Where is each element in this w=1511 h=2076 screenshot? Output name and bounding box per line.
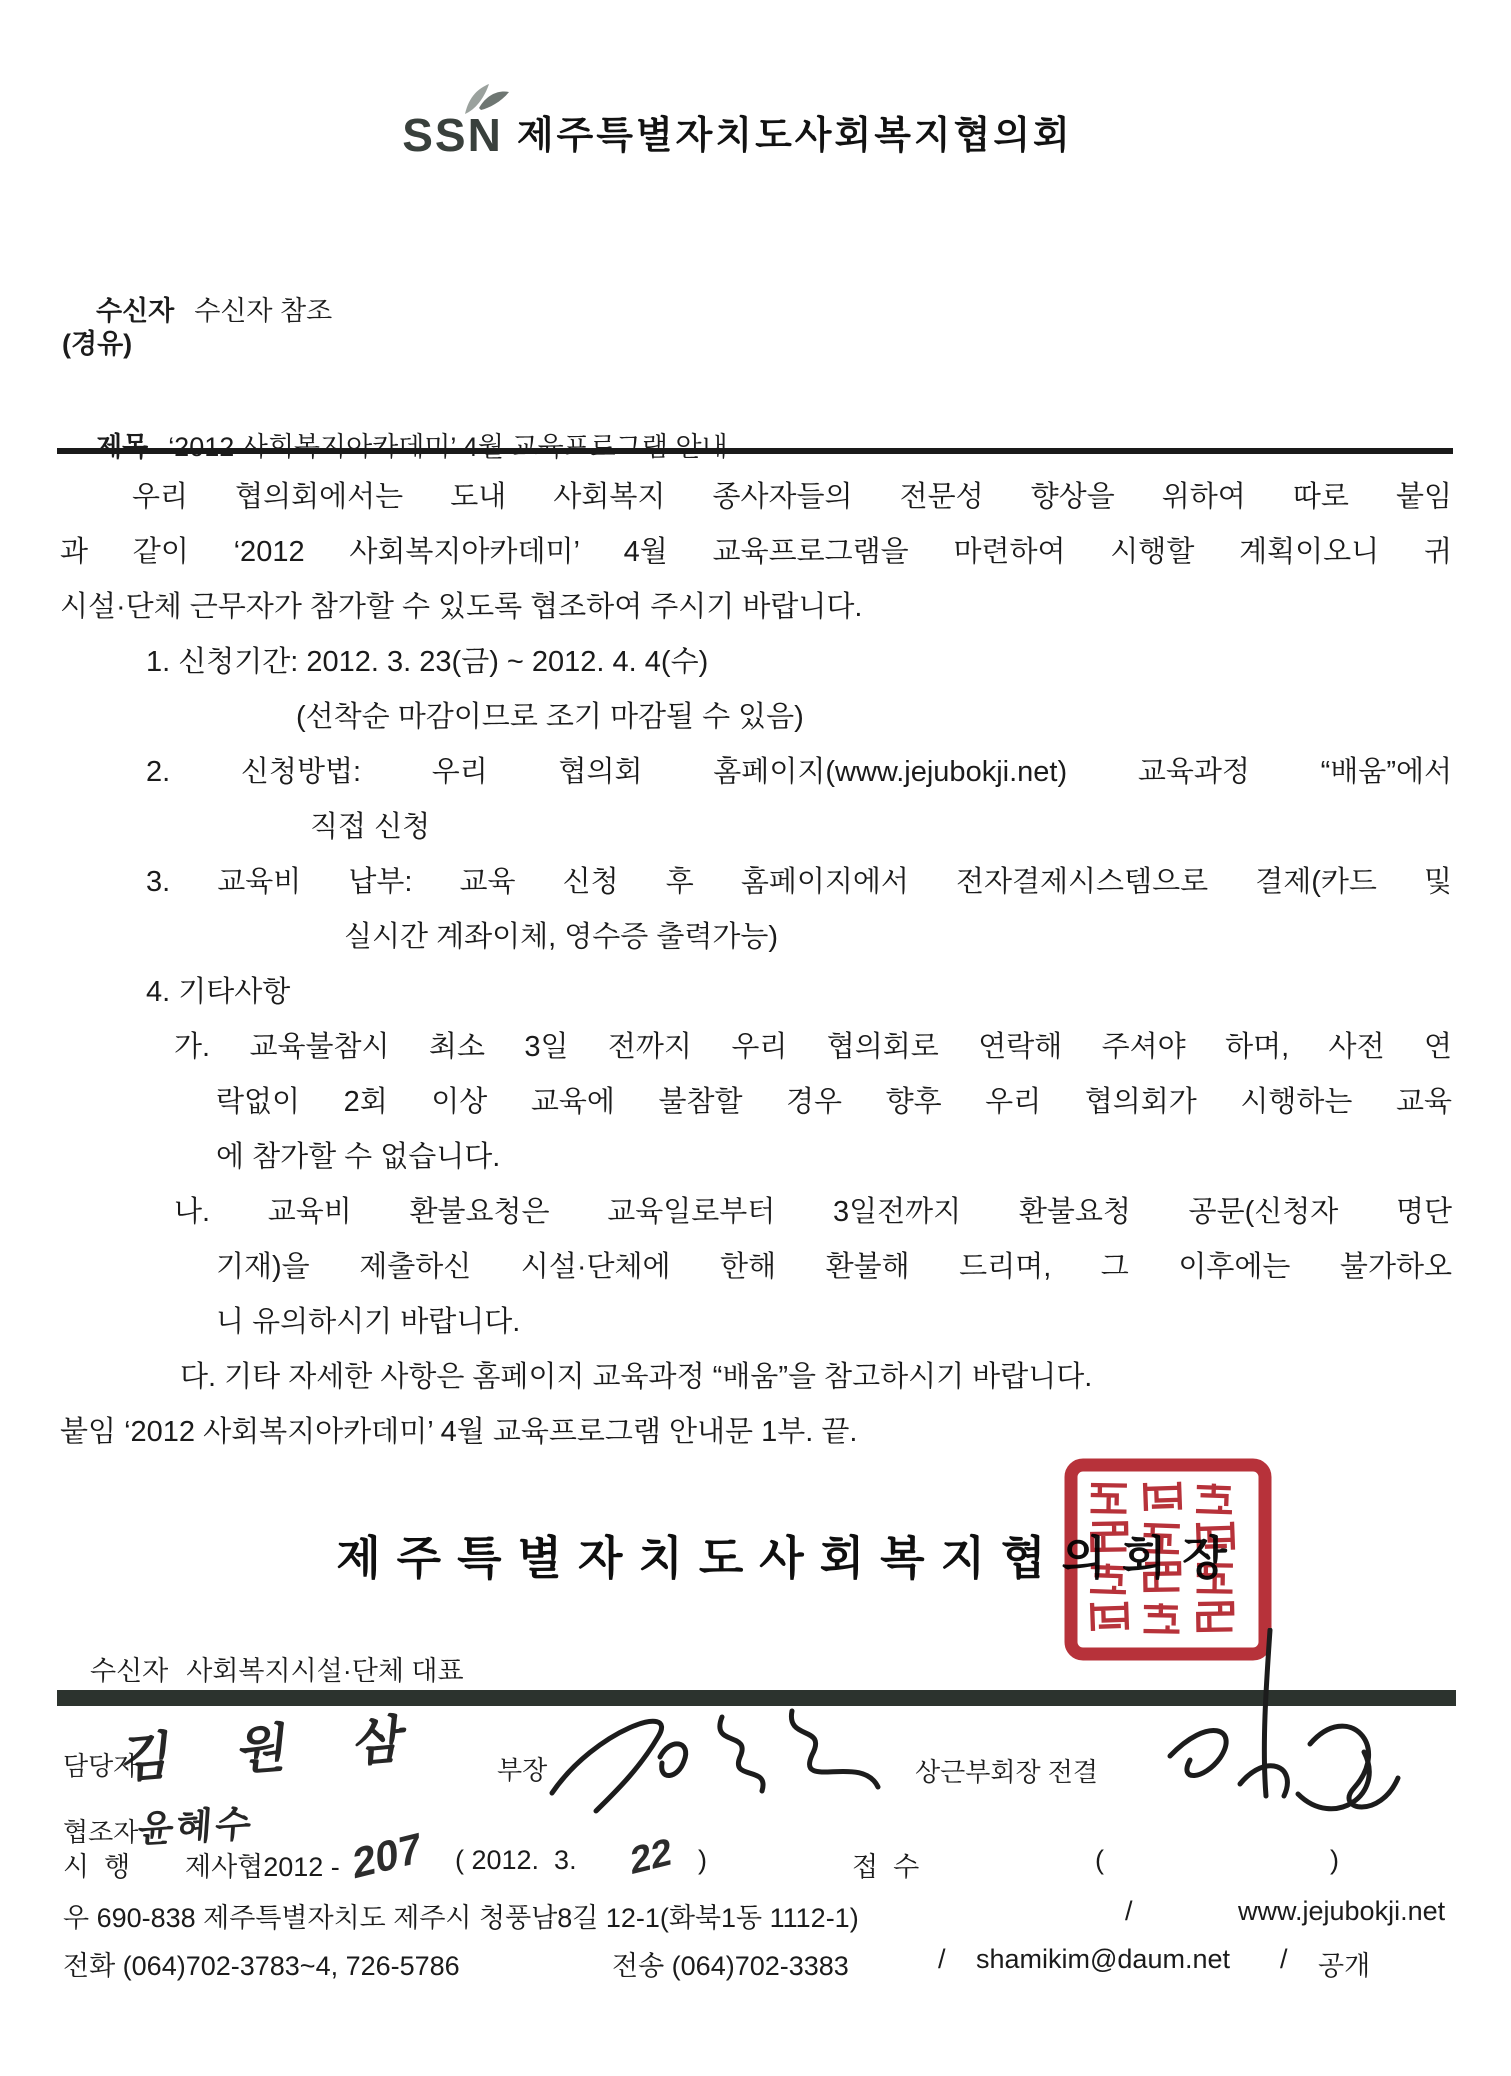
- body-line: 시설·단체 근무자가 참가할 수 있도록 협조하여 주시기 바랍니다.: [60, 580, 1452, 635]
- email-separator: /: [938, 1944, 946, 1975]
- via-label: (경유): [62, 322, 132, 361]
- subject-label: 제목: [96, 432, 148, 462]
- body-line: 에 참가할 수 없습니다.: [60, 1130, 1452, 1185]
- body-line: 우리 협의회에서는 도내 사회복지 종사자들의 전문성 향상을 위하여 따로 붙…: [60, 470, 1452, 525]
- president-title: 제주특별자치도사회복지협의회장: [34, 1522, 1511, 1588]
- scanned-official-letter: SSN 제주특별자치도사회복지협의회 수신자수신자 참조 (경유) 제목‘201…: [0, 0, 1511, 2076]
- website: www.jejubokji.net: [1238, 1896, 1445, 1927]
- body-line: 2. 신청방법: 우리 협의회 홈페이지(www.jejubokji.net) …: [60, 745, 1452, 800]
- body-line: 직접 신청: [60, 800, 1452, 855]
- letter-body: 우리 협의회에서는 도내 사회복지 종사자들의 전문성 향상을 위하여 따로 붙…: [60, 470, 1452, 1460]
- subject-divider: [57, 448, 1453, 454]
- doc-number-handwritten: 207: [352, 1823, 422, 1889]
- send-date-handwritten: 22: [630, 1830, 673, 1884]
- final-recipient-value: 사회복지시설·단체 대표: [186, 1656, 463, 1686]
- body-line: 나. 교육비 환불요청은 교육일로부터 3일전까지 환불요청 공문(신청자 명단: [60, 1185, 1452, 1240]
- send-date: ( 2012. 3.: [455, 1845, 577, 1876]
- executive-label: 상근부회장 전결: [915, 1752, 1098, 1789]
- body-line: (선착순 마감이므로 조기 마감될 수 있음): [60, 690, 1452, 745]
- address-separator: /: [1125, 1896, 1133, 1927]
- body-line: 과 같이 ‘2012 사회복지아카데미’ 4월 교육프로그램을 마련하여 시행할…: [60, 525, 1452, 580]
- body-line: 4. 기타사항: [60, 965, 1452, 1020]
- recipient-value: 수신자 참조: [194, 296, 332, 326]
- letterhead: SSN 제주특별자치도사회복지협의회: [0, 112, 1493, 158]
- phone: 전화 (064)702-3783~4, 726-5786: [63, 1944, 460, 1983]
- disclosure-separator: /: [1280, 1944, 1288, 1975]
- body-line: 실시간 계좌이체, 영수증 출력가능): [60, 910, 1452, 965]
- send-date-close: ): [698, 1845, 707, 1876]
- cooperator-label: 협조자: [63, 1812, 138, 1849]
- send-label: 시 행: [63, 1845, 130, 1884]
- executive-signature: [1148, 1628, 1438, 1838]
- receive-paren-open: (: [1095, 1845, 1104, 1876]
- fax: 전송 (064)702-3383: [612, 1944, 849, 1983]
- dept-head-signature: [540, 1695, 890, 1820]
- body-line: 기재)을 제출하신 시설·단체에 한해 환불해 드리며, 그 이후에는 불가하오: [60, 1240, 1452, 1295]
- body-line: 락없이 2회 이상 교육에 불참할 경우 향후 우리 협의회가 시행하는 교육: [60, 1075, 1452, 1130]
- subject-value: ‘2012 사회복지아카데미’ 4월 교육프로그램 안내: [168, 432, 727, 462]
- receive-paren-close: ): [1330, 1845, 1339, 1876]
- ssn-logo: SSN: [402, 112, 503, 158]
- receive-label: 접 수: [852, 1845, 919, 1884]
- doc-number: 제사협2012 -: [185, 1845, 340, 1884]
- postal-address: 우 690-838 제주특별자치도 제주시 청풍남8길 12-1(화북1동 11…: [63, 1896, 859, 1935]
- disclosure-status: 공개: [1318, 1944, 1370, 1983]
- body-line: 가. 교육불참시 최소 3일 전까지 우리 협의회로 연락해 주셔야 하며, 사…: [60, 1020, 1452, 1075]
- body-line: 다. 기타 자세한 사항은 홈페이지 교육과정 “배움”을 참고하시기 바랍니다…: [60, 1350, 1452, 1405]
- body-line: 니 유의하시기 바랍니다.: [60, 1295, 1452, 1350]
- body-line: 3. 교육비 납부: 교육 신청 후 홈페이지에서 전자결제시스템으로 결제(카…: [60, 855, 1452, 910]
- email: shamikim@daum.net: [976, 1944, 1230, 1975]
- logo-text: SSN: [402, 109, 503, 161]
- final-recipient-label: 수신자: [90, 1656, 168, 1686]
- attachment-line: 붙임 ‘2012 사회복지아카데미’ 4월 교육프로그램 안내문 1부. 끝.: [60, 1405, 1452, 1460]
- org-name: 제주특별자치도사회복지협의회: [517, 116, 1073, 158]
- body-line: 1. 신청기간: 2012. 3. 23(금) ~ 2012. 4. 4(수): [60, 635, 1452, 690]
- ssn-leaf-icon: [459, 82, 511, 116]
